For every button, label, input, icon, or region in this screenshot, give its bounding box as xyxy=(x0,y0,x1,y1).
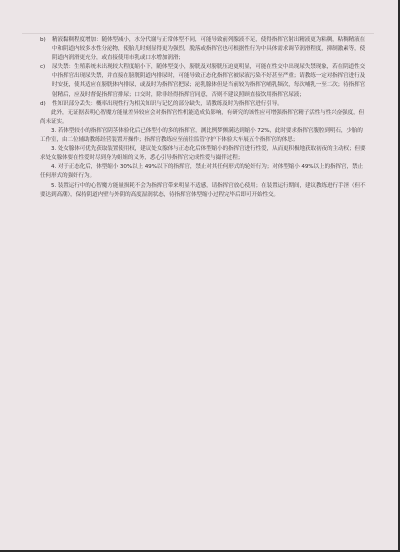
paragraph: 此外，无证据表明心智魔方能量差异较应会对指挥官性机能造成负影响，有研究的该性应可… xyxy=(40,109,366,127)
paragraph: 3. 处女腺体可优先获取装置使用权，建议处女腺体与正态化后体型缩小的指挥官进行性… xyxy=(40,145,366,163)
list-item-c: c) 尿失禁：生殖系统未出现较大程度缩小下，随体型变小，膀胱及对膀胱压迫更明显，… xyxy=(40,63,366,99)
list-item-text: 精液黏稠程度增加：随体型减小，水分代谢与正常体型不同，可能导致前列腺液不足，使得… xyxy=(52,37,365,61)
header-divider xyxy=(22,33,374,34)
list-marker: c) xyxy=(40,63,45,72)
list-item-text: 尿失禁：生殖系统未出现较大程度缩小下，随体型变小，膀胱及对膀胱压迫更明显，可能在… xyxy=(52,64,365,97)
paragraph: 3. 若体型较小的指挥官阴茎体验化后已体型小的多的指挥官，测比例梦颤满达到缩小 … xyxy=(40,127,366,145)
list-item-d: d) 性知识部分丢失：概率出现性行为相关知识与记忆的部分缺失，请教练及时为指挥官… xyxy=(40,100,366,109)
document-body: b) 精液黏稠程度增加：随体型减小，水分代谢与正常体型不同，可能导致前列腺液不足… xyxy=(40,36,366,200)
paragraph: 4. 对于正态化后，体型缩小 30%以上 49%以下的指挥官，禁止对其任何形式的… xyxy=(40,163,366,181)
paragraph: 5. 装置运行中的心智魔方能量损耗不会为指挥官带来明显不适感，请指挥官放心使用；… xyxy=(40,182,366,200)
list-marker: d) xyxy=(40,100,46,109)
list-item-b: b) 精液黏稠程度增加：随体型减小，水分代谢与正常体型不同，可能导致前列腺液不足… xyxy=(40,36,366,63)
list-item-text: 性知识部分丢失：概率出现性行为相关知识与记忆的部分缺失，请教练及时为指挥官进行引… xyxy=(52,101,283,107)
list-marker: b) xyxy=(40,36,46,45)
document-page: b) 精液黏稠程度增加：随体型减小，水分代谢与正常体型不同，可能导致前列腺液不足… xyxy=(0,0,400,552)
